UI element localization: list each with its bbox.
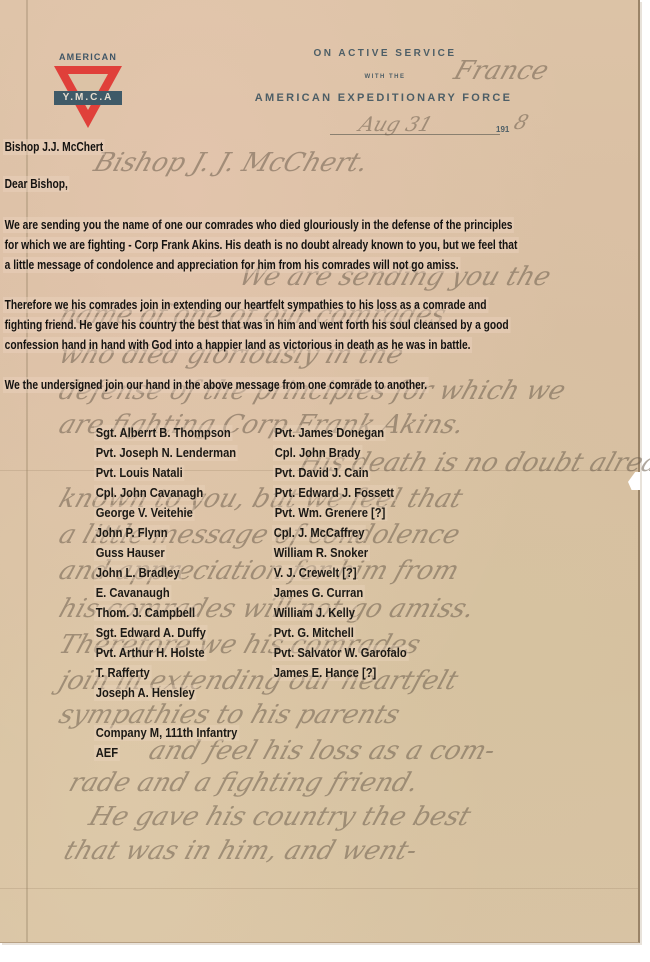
- signature-left: John P. Flynn: [94, 525, 169, 541]
- horizontal-crease: [0, 888, 638, 889]
- signature-right: William R. Snoker: [272, 545, 370, 561]
- signature-left: Cpl. John Cavanagh: [94, 485, 205, 501]
- signature-left: Joseph A. Hensley: [94, 685, 196, 701]
- signature-left: George V. Veitehie: [94, 505, 195, 521]
- ymca-logo: AMERICAN Y.M.C.A: [52, 52, 124, 130]
- signature-left: Sgt. Edward A. Duffy: [94, 625, 208, 641]
- signature-left: Pvt. Arthur H. Holste: [94, 645, 206, 661]
- letterhead-active-service: ON ACTIVE SERVICE: [290, 48, 480, 59]
- unit-name: Company M, 111th Infantry: [94, 725, 239, 741]
- signature-left: Pvt. Joseph N. Lenderman: [94, 445, 238, 461]
- paragraph1-line2: for which we are fighting - Corp Frank A…: [3, 237, 519, 253]
- signature-right: Pvt. James Donegan: [273, 425, 386, 441]
- signature-right: Cpl. John Brady: [273, 445, 362, 461]
- paragraph2-line3: confession hand in hand with God into a …: [3, 337, 472, 353]
- force-name: AEF: [94, 745, 120, 761]
- letterhead-aef: AMERICAN EXPEDITIONARY FORCE: [226, 92, 541, 104]
- letterhead-year-prefix: 191: [496, 125, 509, 134]
- salutation: Dear Bishop,: [3, 176, 70, 192]
- signature-right: Pvt. Wm. Grenere [?]: [273, 505, 387, 521]
- handwritten-year: 8: [511, 110, 532, 134]
- signature-left: John L. Bradley: [94, 565, 181, 581]
- signature-right: Cpl. J. McCaffrey: [272, 525, 366, 541]
- paragraph2-line1: Therefore we his comrades join in extend…: [3, 297, 488, 313]
- handwritten-date: Aug 31: [356, 112, 436, 136]
- signature-right: James E. Hance [?]: [272, 665, 378, 681]
- paragraph2-line2: fighting friend. He gave his country the…: [3, 317, 510, 333]
- signature-right: Pvt. Edward J. Fossett: [273, 485, 396, 501]
- logo-ymca-band: Y.M.C.A: [54, 91, 122, 105]
- signature-right: William J. Kelly: [272, 605, 357, 621]
- handwritten-salutation: Bishop J. J. McChert.: [90, 148, 372, 178]
- signature-left: Thom. J. Campbell: [94, 605, 197, 621]
- handwritten-line: rade and a fighting friend.: [65, 768, 422, 798]
- paragraph1-line1: We are sending you the name of one our c…: [3, 217, 514, 233]
- logo-american-text: AMERICAN: [52, 52, 124, 62]
- handwritten-place: France: [450, 56, 552, 86]
- handwritten-line: that was in him, and went-: [60, 836, 421, 866]
- signature-left: Pvt. Louis Natali: [94, 465, 184, 481]
- paragraph3: We the undersigned join our hand in the …: [3, 377, 429, 393]
- signature-right: Pvt. Salvator W. Garofalo: [272, 645, 408, 661]
- signature-right: Pvt. David J. Cain: [273, 465, 370, 481]
- signature-left: T. Rafferty: [94, 665, 151, 681]
- paragraph1-line3: a little message of condolence and appre…: [3, 257, 460, 273]
- signature-right: Pvt. G. Mitchell: [272, 625, 356, 641]
- signature-right: James G. Curran: [272, 585, 365, 601]
- signature-left: E. Cavanaugh: [94, 585, 171, 601]
- handwritten-line: He gave his country the best: [85, 802, 474, 832]
- signature-left: Sgt. Alberrt B. Thompson: [94, 425, 232, 441]
- addressee: Bishop J.J. McChert: [3, 139, 105, 155]
- signature-right: V. J. Crewelt [?]: [272, 565, 358, 581]
- letterhead-with-the: WITH THE: [340, 74, 430, 80]
- signature-left: Guss Hauser: [94, 545, 166, 561]
